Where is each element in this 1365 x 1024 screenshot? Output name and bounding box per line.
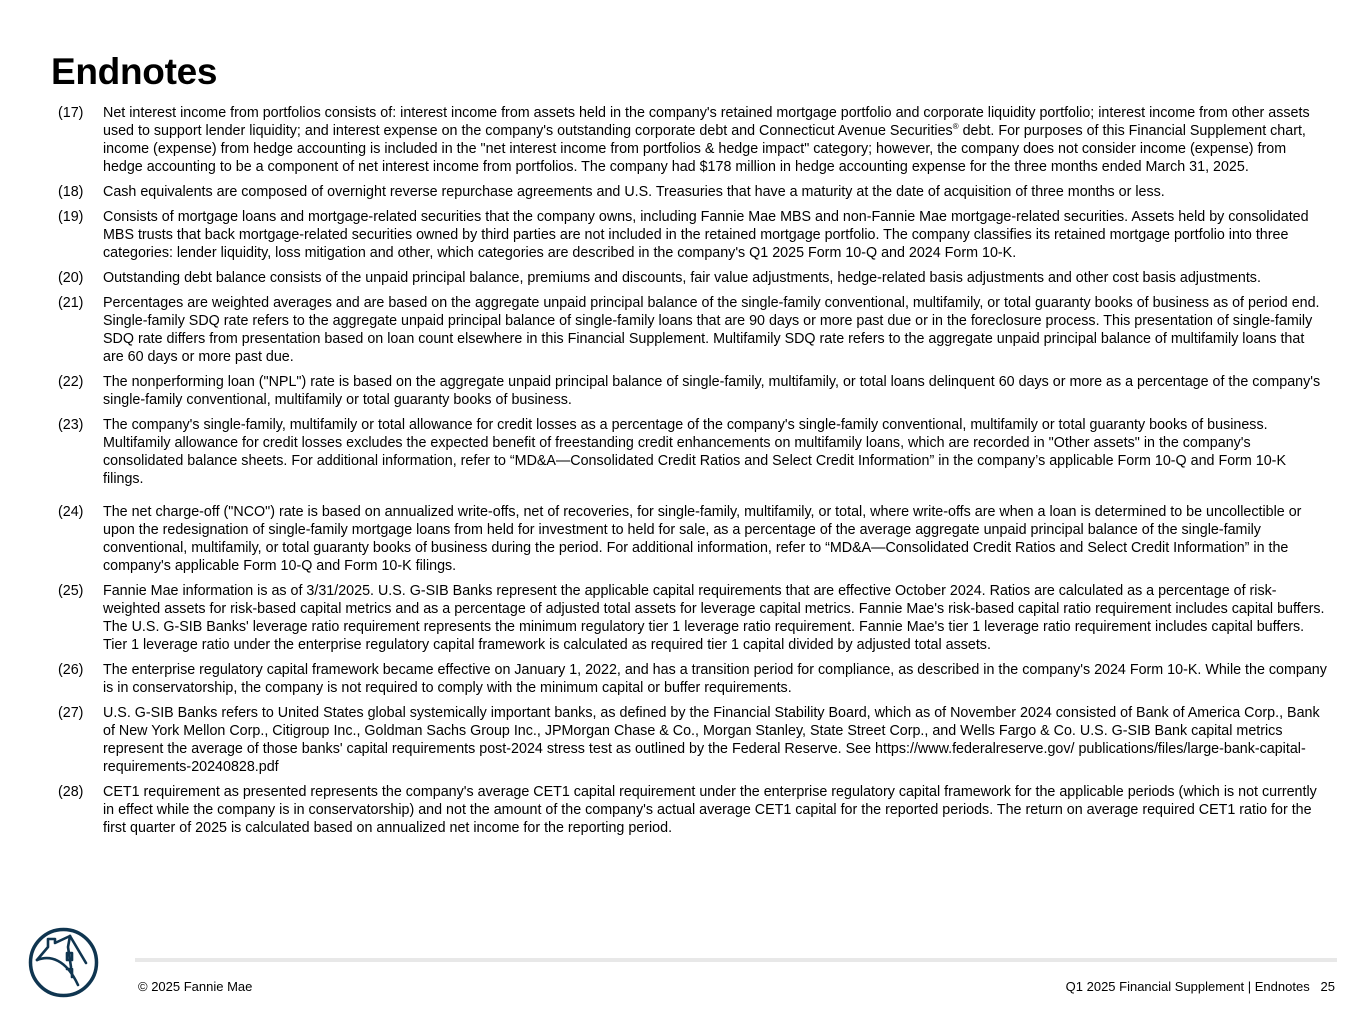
page-footer-label: Q1 2025 Financial Supplement | Endnotes … [1066,979,1335,994]
endnote-26: (26) The enterprise regulatory capital f… [58,661,1328,697]
endnote-number: (20) [58,269,103,287]
endnote-number: (24) [58,503,103,575]
footer-divider [135,958,1337,962]
endnote-text: Percentages are weighted averages and ar… [103,294,1328,366]
endnote-25: (25) Fannie Mae information is as of 3/3… [58,582,1328,654]
endnote-number: (23) [58,416,103,488]
endnote-24: (24) The net charge-off ("NCO") rate is … [58,503,1328,575]
endnote-number: (26) [58,661,103,697]
endnote-text: The net charge-off ("NCO") rate is based… [103,503,1328,575]
endnote-28: (28) CET1 requirement as presented repre… [58,783,1328,837]
endnote-number: (19) [58,208,103,262]
endnote-number: (17) [58,104,103,176]
endnote-18: (18) Cash equivalents are composed of ov… [58,183,1328,201]
endnote-text: The nonperforming loan ("NPL") rate is b… [103,373,1328,409]
endnote-number: (27) [58,704,103,776]
endnote-text: CET1 requirement as presented represents… [103,783,1328,837]
endnote-21: (21) Percentages are weighted averages a… [58,294,1328,366]
endnote-27: (27) U.S. G-SIB Banks refers to United S… [58,704,1328,776]
endnote-text: Consists of mortgage loans and mortgage-… [103,208,1328,262]
endnote-number: (25) [58,582,103,654]
endnote-text: U.S. G-SIB Banks refers to United States… [103,704,1328,776]
endnote-22: (22) The nonperforming loan ("NPL") rate… [58,373,1328,409]
endnote-number: (28) [58,783,103,837]
endnote-text: Net interest income from portfolios cons… [103,104,1328,176]
copyright-text: © 2025 Fannie Mae [138,979,252,994]
endnote-number: (22) [58,373,103,409]
endnote-20: (20) Outstanding debt balance consists o… [58,269,1328,287]
endnote-text: Outstanding debt balance consists of the… [103,269,1328,287]
endnote-23: (23) The company's single-family, multif… [58,416,1328,488]
endnote-text: Cash equivalents are composed of overnig… [103,183,1328,201]
endnotes-list: (17) Net interest income from portfolios… [58,104,1328,844]
endnote-text: The company's single-family, multifamily… [103,416,1328,488]
endnote-19: (19) Consists of mortgage loans and mort… [58,208,1328,262]
fannie-mae-house-logo-icon [28,927,99,998]
endnote-text: The enterprise regulatory capital framew… [103,661,1328,697]
page-title: Endnotes [51,50,217,94]
endnote-17: (17) Net interest income from portfolios… [58,104,1328,176]
endnote-number: (18) [58,183,103,201]
endnote-text: Fannie Mae information is as of 3/31/202… [103,582,1328,654]
endnote-number: (21) [58,294,103,366]
